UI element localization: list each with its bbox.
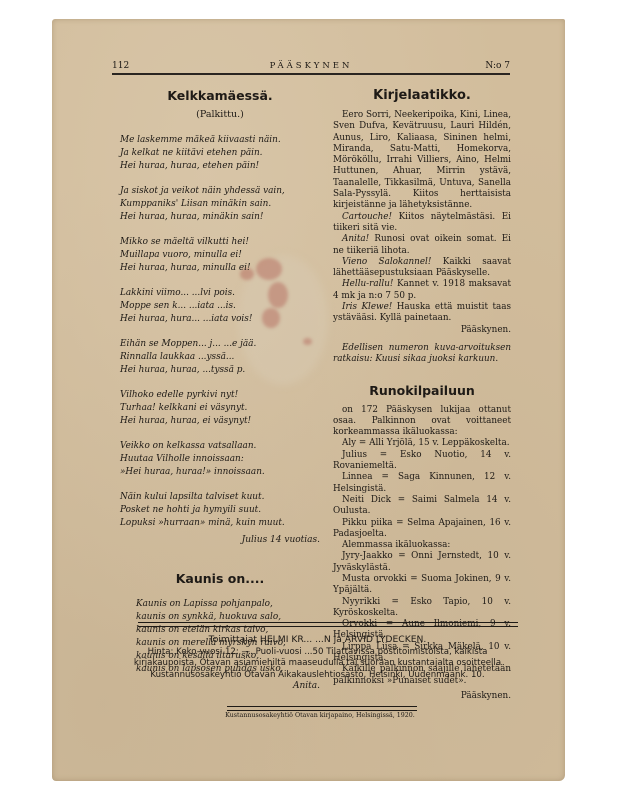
letter-reply: Vieno Salokannel! Kaikki saavat lähettää… <box>333 257 511 280</box>
poem-signature: Julius 14 vuotias. <box>120 535 320 545</box>
upper-winners-list: Aly = Alli Yrjölä, 15 v. Leppäkoskelta.J… <box>333 438 511 540</box>
letters-intro: Eero Sorri, Neekeripoika, Kini, Linea, S… <box>333 110 511 212</box>
verse-line: Veikko on kelkassa vatsallaan. <box>120 440 320 453</box>
magazine-title: PÄÄSKYNEN <box>112 61 510 71</box>
poem-title: Kaunis on.... <box>120 571 320 586</box>
contest-signature: Pääskynen. <box>333 691 511 702</box>
verse-line: Kumppaniks' Liisan minäkin sain. <box>120 198 320 211</box>
verse-line: Rinnalla laukkaa ...yssä... <box>120 351 320 364</box>
section-title: Kirjelaatikko. <box>333 88 511 103</box>
verse-line: »Hei huraa, huraa!» innoissaan. <box>120 466 320 479</box>
reply-recipient: Anita! <box>342 234 369 244</box>
section-title: Runokilpailuun <box>333 383 511 398</box>
verse-line: Huutaa Vilholle innoissaan: <box>120 453 320 466</box>
verse-line: Ja siskot ja veikot näin yhdessä vain, <box>120 185 320 198</box>
verse-line: Lakkini viimo... ...lvi pois. <box>120 287 320 300</box>
stanza: Me laskemme mäkeä kiivaasti näin.Ja kelk… <box>120 134 320 173</box>
verse-line: Lopuksi »hurraan» minä, kuin muut. <box>120 517 320 530</box>
stanza: Ja siskot ja veikot näin yhdessä vain,Ku… <box>120 185 320 224</box>
winner-entry: Neiti Dick = Saimi Salmela 14 v. Oulusta… <box>333 495 511 518</box>
verse-line: Näin kului lapsilta talviset kuut. <box>120 491 320 504</box>
stanza: Veikko on kelkassa vatsallaan.Huutaa Vil… <box>120 440 320 479</box>
puzzle-solution: Edellisen numeron kuva-arvoituksen ratka… <box>333 343 511 366</box>
footer-double-rule <box>138 622 518 627</box>
letter-reply: Anita! Runosi ovat oikein somat. Ei ne t… <box>333 234 511 257</box>
letter-reply: Hellu-rallu! Kannet v. 1918 maksavat 4 m… <box>333 279 511 302</box>
reply-recipient: Hellu-rallu! <box>342 279 393 289</box>
verse-line: Me laskemme mäkeä kiivaasti näin. <box>120 134 320 147</box>
poem-body: Me laskemme mäkeä kiivaasti näin.Ja kelk… <box>120 134 320 530</box>
winner-entry: Jyry-Jaakko = Onni Jernstedt, 10 v. Jyvä… <box>333 551 511 574</box>
letter-reply: Cartouche! Kiitos näytelmästäsi. Ei tiik… <box>333 212 511 235</box>
reply-recipient: Vieno Salokannel! <box>342 257 431 267</box>
verse-line: Hei huraa, huraa, ei väsynyt! <box>120 415 320 428</box>
verse-line: Eihän se Moppen... j... ...e jää. <box>120 338 320 351</box>
verse-line: Hei huraa, huraa, minulla ei! <box>120 262 320 275</box>
stanza: Mikko se mäeltä vilkutti hei!Muillapa vu… <box>120 236 320 275</box>
letter-replies: Cartouche! Kiitos näytelmästäsi. Ei tiik… <box>333 212 511 325</box>
verse-line: Ja kelkat ne kiitävi etehen päin. <box>120 147 320 160</box>
verse-line: Hei huraa, huraa, ...tyssä p. <box>120 364 320 377</box>
lower-age-label: Alemmassa ikäluokassa: <box>333 540 511 551</box>
verse-line: Kaunis on Lapissa pohjanpalo, <box>136 598 320 611</box>
verse-line: Muillapa vuoro, minulla ei! <box>120 249 320 262</box>
poem-signature: Anita. <box>120 681 320 691</box>
stanza: Eihän se Moppen... j... ...e jää.Rinnall… <box>120 338 320 377</box>
verse-line: Hei huraa, huraa, etehen päin! <box>120 160 320 173</box>
printer-imprint: Kustannusosakeyhtiö Otavan kirjapaino, H… <box>150 712 490 719</box>
imprint-rule <box>227 706 417 711</box>
verse-line: Moppe sen k... ...iata ...is. <box>120 300 320 313</box>
stanza: Vilhoko edelle pyrkivi nyt!Turhaa! kelkk… <box>120 389 320 428</box>
right-column: Kirjelaatikko. Eero Sorri, Neekeripoika,… <box>333 84 511 702</box>
editors-line: Toimittajat HELMI KR... ...N ja ARVID LY… <box>115 634 520 646</box>
poem-title: Kelkkamäessä. <box>120 88 320 103</box>
verse-line: Mikko se mäeltä vilkutti hei! <box>120 236 320 249</box>
poem-subtitle: (Palkittu.) <box>120 109 320 120</box>
footer: Toimittajat HELMI KR... ...N ja ARVID LY… <box>115 634 520 681</box>
verse-line: Hei huraa, huraa, minäkin sain! <box>120 211 320 224</box>
issue-number: N:o 7 <box>485 61 510 71</box>
subscription-info: Hinta: Koko-vuosi 12: —. Puoli-vuosi ...… <box>115 647 520 682</box>
verse-line: Vilhoko edelle pyrkivi nyt! <box>120 389 320 402</box>
stanza: Näin kului lapsilta talviset kuut.Posket… <box>120 491 320 530</box>
verse-line: Turhaa! kelkkani ei väsynyt. <box>120 402 320 415</box>
winner-entry: Musta orvokki = Suoma Jokinen, 9 v. Ypäj… <box>333 574 511 597</box>
winner-entry: Nyyrikki = Esko Tapio, 10 v. Kyröskoskel… <box>333 597 511 620</box>
left-column: Kelkkamäessä. (Palkittu.) Me laskemme mä… <box>120 84 320 691</box>
letter-reply: Iris Klewe! Hauska että muistit taas yst… <box>333 302 511 325</box>
winner-entry: Linnea = Saga Kinnunen, 12 v. Helsingist… <box>333 472 511 495</box>
letters-signature: Pääskynen. <box>333 325 511 336</box>
winner-entry: Julius = Esko Nuotio, 14 v. Rovaniemeltä… <box>333 450 511 473</box>
winner-entry: Aly = Alli Yrjölä, 15 v. Leppäkoskelta. <box>333 438 511 449</box>
winner-entry: Pikku piika = Selma Apajainen, 16 v. Pad… <box>333 518 511 541</box>
header-rule <box>112 73 510 75</box>
reply-recipient: Cartouche! <box>342 212 392 222</box>
reply-recipient: Iris Klewe! <box>342 302 392 312</box>
running-header: 112 PÄÄSKYNEN N:o 7 <box>112 61 510 73</box>
verse-line: Posket ne hohti ja hymyili suut. <box>120 504 320 517</box>
stanza: Lakkini viimo... ...lvi pois.Moppe sen k… <box>120 287 320 326</box>
verse-line: Hei huraa, hura... ...iata vois! <box>120 313 320 326</box>
contest-intro: on 172 Pääskysen lukijaa ottanut osaa. P… <box>333 405 511 439</box>
